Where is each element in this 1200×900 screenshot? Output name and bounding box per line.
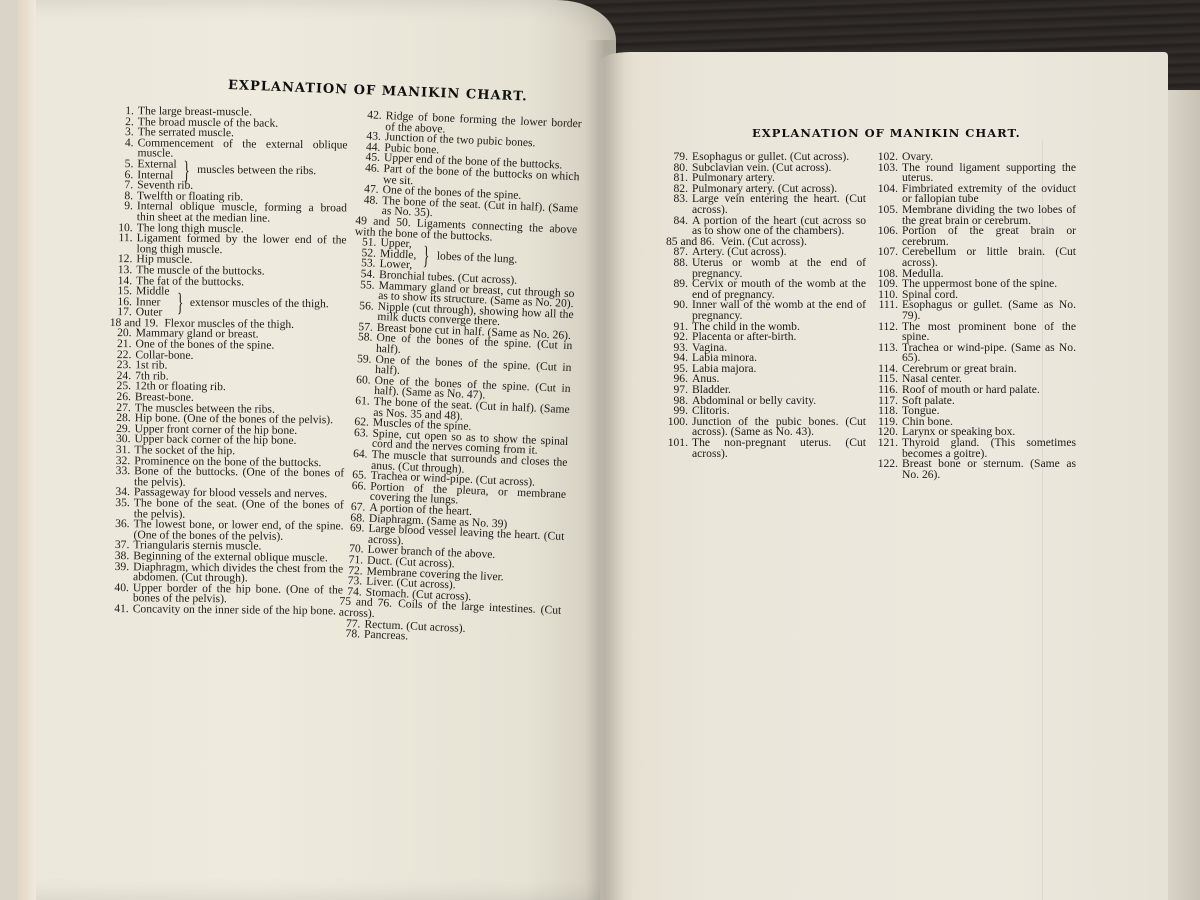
list-item: 105.Membrane dividing the two lobes of t… bbox=[876, 205, 1076, 226]
list-item: 104.Fimbriated extremity of the oviduct … bbox=[876, 184, 1076, 205]
item-number: 58. bbox=[350, 332, 372, 344]
right-page-title: EXPLANATION OF MANIKIN CHART. bbox=[752, 126, 1021, 140]
item-text: Breast bone or sternum. (Same as No. 26)… bbox=[902, 457, 1076, 481]
item-number: 36. bbox=[108, 519, 130, 530]
item-number: 66. bbox=[344, 480, 366, 492]
group-description: lobes of the lung. bbox=[437, 251, 576, 267]
item-text: Uterus or womb at the end of pregnancy. bbox=[692, 256, 866, 280]
item-text: Esophagus or gullet. (Same as No. 79). bbox=[902, 298, 1076, 322]
group-description: extensor muscles of the thigh. bbox=[190, 298, 346, 310]
item-number: 107. bbox=[876, 247, 898, 258]
item-number: 61. bbox=[348, 396, 370, 408]
item-number: 4. bbox=[112, 138, 134, 149]
item-number: 33. bbox=[108, 466, 130, 477]
item-text: Cerebellum or little brain. (Cut across)… bbox=[902, 245, 1076, 269]
list-item: 83.Large vein entering the heart. (Cut a… bbox=[666, 194, 866, 215]
list-item: 89.Cervix or mouth of the womb at the en… bbox=[666, 279, 866, 300]
right-page-stack bbox=[1168, 90, 1200, 900]
list-item: 122.Breast bone or sternum. (Same as No.… bbox=[876, 459, 1076, 480]
item-number: 40. bbox=[107, 583, 129, 594]
book-spine-shadow bbox=[585, 40, 625, 900]
list-item: 88.Uterus or womb at the end of pregnanc… bbox=[666, 258, 866, 279]
left-page-column-1: 1.The large breast-muscle.2.The broad mu… bbox=[107, 106, 348, 617]
item-number: 69. bbox=[342, 523, 364, 535]
brace-icon: } bbox=[423, 246, 430, 266]
item-number: 100. bbox=[666, 417, 688, 428]
list-item-group: 15.Middle16.Inner17.Outer}extensor muscl… bbox=[110, 286, 346, 320]
item-number: 112. bbox=[876, 322, 898, 333]
item-number: 9. bbox=[111, 201, 133, 212]
item-text: Fimbriated extremity of the oviduct or f… bbox=[902, 182, 1076, 206]
list-item: 107.Cerebellum or little brain. (Cut acr… bbox=[876, 247, 1076, 268]
list-item: 41.Concavity on the inner side of the hi… bbox=[107, 604, 343, 617]
list-item: 101.The non-pregnant uterus. (Cut across… bbox=[666, 438, 866, 459]
item-text: The round ligament supporting the uterus… bbox=[902, 161, 1076, 185]
item-number: 56. bbox=[352, 301, 374, 313]
item-number: 89. bbox=[666, 279, 688, 290]
item-number: 122. bbox=[876, 459, 898, 470]
item-number: 78. bbox=[338, 629, 360, 641]
item-text: Inner wall of the womb at the end of pre… bbox=[692, 298, 866, 322]
item-text: Membrane dividing the two lobes of the g… bbox=[902, 203, 1076, 227]
item-text: Concavity on the inner side of the hip b… bbox=[133, 602, 336, 617]
brace-icon: } bbox=[184, 160, 190, 180]
list-item: 112.The most prominent bone of the spine… bbox=[876, 322, 1076, 343]
item-number: 60. bbox=[348, 375, 370, 387]
item-text: The non-pregnant uterus. (Cut across). bbox=[692, 436, 866, 460]
item-number: 39. bbox=[107, 562, 129, 573]
item-text: A portion of the heart (cut across so as… bbox=[692, 214, 866, 238]
item-text: Bone of the buttocks. (One of the bones … bbox=[134, 464, 344, 488]
item-number: 83. bbox=[666, 194, 688, 205]
item-number: 48. bbox=[356, 195, 378, 207]
item-number: 59. bbox=[349, 353, 371, 365]
item-number: 35. bbox=[108, 498, 130, 509]
list-item: 90.Inner wall of the womb at the end of … bbox=[666, 300, 866, 321]
item-number: 105. bbox=[876, 205, 898, 216]
group-description: muscles between the ribs. bbox=[197, 165, 347, 177]
item-number: 55. bbox=[352, 279, 374, 291]
list-item: 84.A portion of the heart (cut across so… bbox=[666, 216, 866, 237]
item-number: 113. bbox=[876, 343, 898, 354]
item-number: 41. bbox=[107, 604, 129, 615]
item-number: 42. bbox=[360, 110, 382, 122]
item-number: 101. bbox=[666, 438, 688, 449]
item-text: Large vein entering the heart. (Cut acro… bbox=[692, 192, 866, 216]
item-number: 106. bbox=[876, 226, 898, 237]
item-number: 64. bbox=[345, 449, 367, 461]
right-page-column-2: 102.Ovary.103.The round ligament support… bbox=[876, 152, 1076, 480]
item-number: 46. bbox=[357, 163, 379, 175]
right-page-column-1: 79.Esophagus or gullet. (Cut across).80.… bbox=[666, 152, 866, 459]
item-number: 11. bbox=[111, 233, 133, 244]
item-number: 84. bbox=[666, 216, 688, 227]
item-text: The bone of the seat. (One of the bones … bbox=[134, 496, 344, 520]
item-text: Pancreas. bbox=[364, 628, 409, 643]
list-item: 121.Thyroid gland. (This sometimes becom… bbox=[876, 438, 1076, 459]
item-number: 88. bbox=[666, 258, 688, 269]
list-item: 111.Esophagus or gullet. (Same as No. 79… bbox=[876, 300, 1076, 321]
list-item: 100.Junction of the pubic bones. (Cut ac… bbox=[666, 417, 866, 438]
item-text: Trachea or wind-pipe. (Same as No. 65). bbox=[902, 341, 1076, 365]
item-number: 90. bbox=[666, 300, 688, 311]
item-text: Junction of the pubic bones. (Cut across… bbox=[692, 415, 866, 439]
list-item: 106.Portion of the great brain or cerebr… bbox=[876, 226, 1076, 247]
left-page-edge bbox=[18, 0, 36, 900]
item-number: 111. bbox=[876, 300, 898, 311]
list-item: 103.The round ligament supporting the ut… bbox=[876, 163, 1076, 184]
item-text: Cervix or mouth of the womb at the end o… bbox=[692, 277, 866, 301]
list-item: 113.Trachea or wind-pipe. (Same as No. 6… bbox=[876, 343, 1076, 364]
item-number: 121. bbox=[876, 438, 898, 449]
item-number: 104. bbox=[876, 184, 898, 195]
item-text: Portion of the great brain or cerebrum. bbox=[902, 224, 1076, 248]
item-number: 63. bbox=[346, 428, 368, 440]
item-text: The most prominent bone of the spine. bbox=[902, 320, 1076, 344]
item-number: 103. bbox=[876, 163, 898, 174]
item-text: Thyroid gland. (This sometimes becomes a… bbox=[902, 436, 1076, 460]
item-text: Commencement of the external oblique mus… bbox=[137, 136, 347, 160]
brace-icon: } bbox=[176, 293, 182, 313]
left-page-column-2: 42.Ridge of bone forming the lower borde… bbox=[338, 110, 582, 649]
